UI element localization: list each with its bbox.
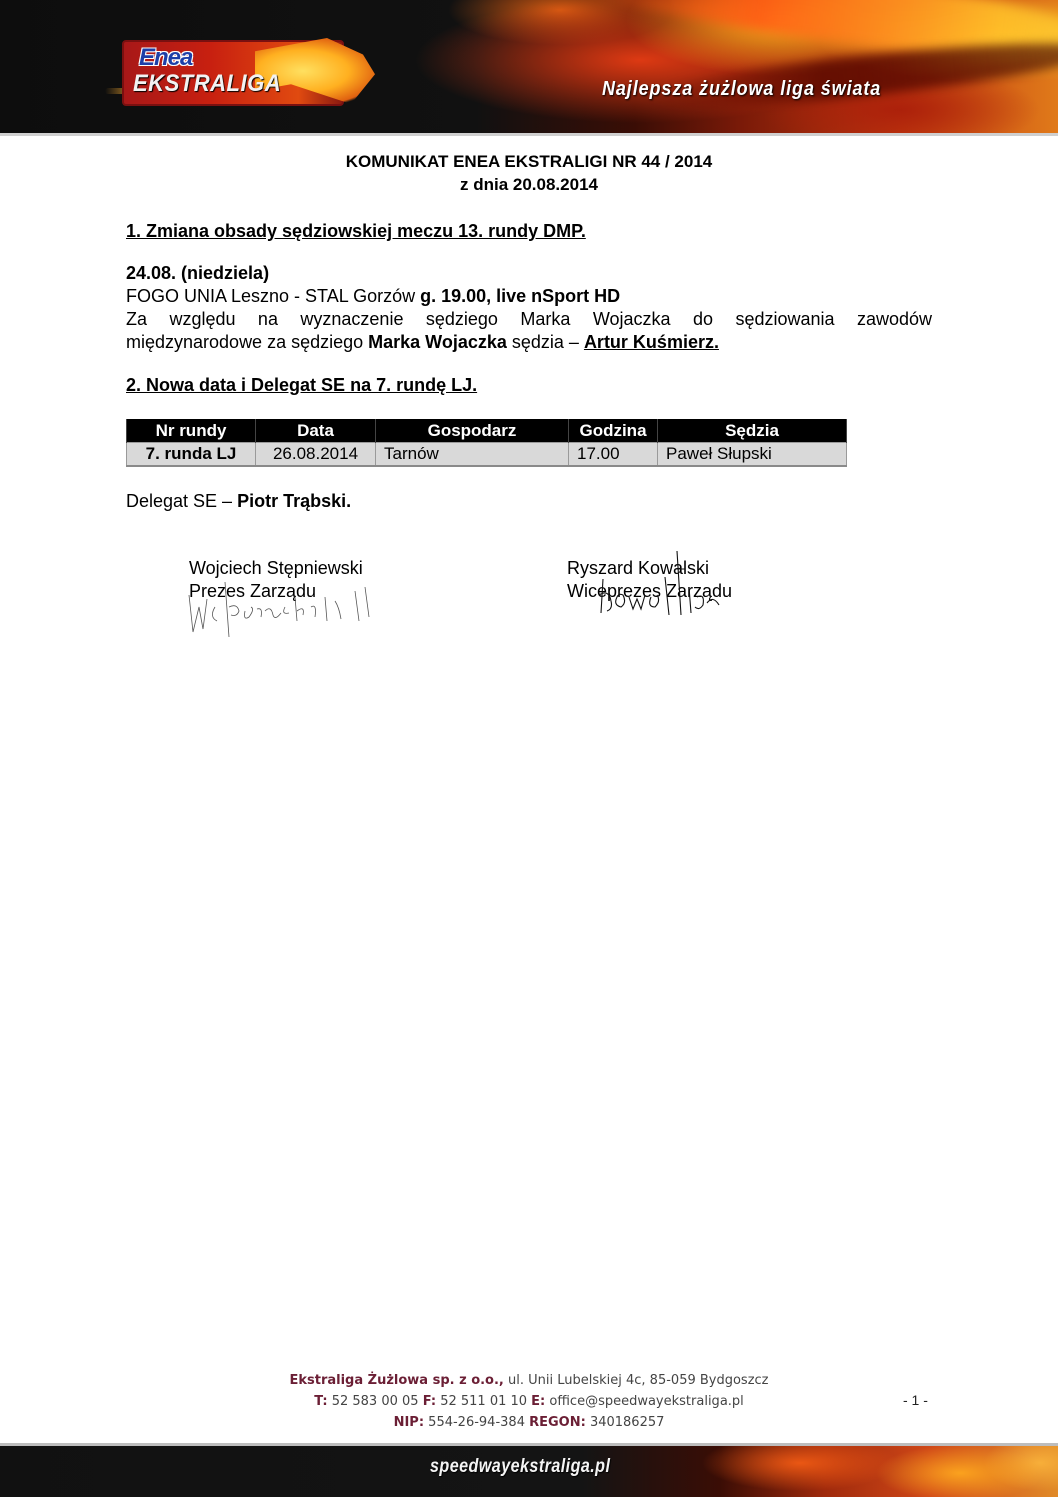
explanation-text: sędzia – [507, 332, 584, 352]
handwritten-signature-icon [595, 549, 735, 619]
column-header-time: Godzina [569, 419, 658, 443]
company-address-line: Ekstraliga Żużlowa sp. z o.o., ul. Unii … [0, 1370, 1058, 1391]
logo-ekstraliga-text: EKSTRALIGA [133, 70, 281, 98]
cell-referee: Paweł Słupski [658, 443, 847, 467]
replaced-referee: Marka Wojaczka [368, 332, 507, 352]
fax-number: 52 511 01 10 [436, 1394, 531, 1409]
footer-banner: speedwayekstraliga.pl [0, 1443, 1058, 1497]
column-header-host: Gospodarz [376, 419, 569, 443]
explanation-text: międzynarodowe za sędziego [126, 332, 368, 352]
match-teams: FOGO UNIA Leszno - STAL Gorzów [126, 286, 420, 306]
explanation-line-1: Za względu na wyznaczenie sędziego Marka… [126, 308, 932, 331]
delegate-line: Delegat SE – Piotr Trąbski. [126, 491, 351, 512]
regon-label: REGON: [529, 1415, 586, 1430]
regon-number: 340186257 [586, 1415, 665, 1430]
page-number: - 1 - [903, 1392, 928, 1408]
phone-label: T: [314, 1394, 327, 1409]
column-header-round: Nr rundy [127, 419, 256, 443]
website-link[interactable]: speedwayekstraliga.pl [430, 1456, 610, 1478]
match-time: g. 19.00, live nSport HD [420, 286, 620, 306]
company-contact-info: Ekstraliga Żużlowa sp. z o.o., ul. Unii … [0, 1370, 1058, 1433]
handwritten-signature-icon [185, 577, 385, 637]
header-banner: Enea EKSTRALIGA Najlepsza żużlowa liga ś… [0, 0, 1058, 136]
delegate-name: Piotr Trąbski. [237, 491, 351, 511]
schedule-table: Nr rundy Data Gospodarz Godzina Sędzia 7… [126, 419, 847, 467]
cell-time: 17.00 [569, 443, 658, 467]
logo-enea-text: Enea [139, 44, 192, 72]
document-title: KOMUNIKAT ENEA EKSTRALIGI NR 44 / 2014 z… [126, 150, 932, 196]
company-address: ul. Unii Lubelskiej 4c, 85-059 Bydgoszcz [504, 1373, 769, 1388]
new-referee: Artur Kuśmierz. [584, 332, 719, 352]
title-line-1: KOMUNIKAT ENEA EKSTRALIGI NR 44 / 2014 [126, 150, 932, 173]
phone-number: 52 583 00 05 [328, 1394, 423, 1409]
enea-ekstraliga-logo: Enea EKSTRALIGA [105, 38, 375, 106]
delegate-label: Delegat SE – [126, 491, 237, 511]
footer-divider [0, 1443, 1058, 1446]
table-row: 7. runda LJ 26.08.2014 Tarnów 17.00 Pawe… [127, 443, 847, 467]
match-date: 24.08. (niedziela) [126, 262, 269, 285]
signature-block-vice-president: Ryszard Kowalski Wiceprezes Zarządu [567, 557, 732, 603]
email-address[interactable]: office@speedwayekstraliga.pl [545, 1394, 744, 1409]
section-1-heading: 1. Zmiana obsady sędziowskiej meczu 13. … [126, 220, 586, 243]
column-header-date: Data [256, 419, 376, 443]
nip-label: NIP: [394, 1415, 424, 1430]
header-divider [0, 133, 1058, 136]
cell-round: 7. runda LJ [127, 443, 256, 467]
document-body: KOMUNIKAT ENEA EKSTRALIGI NR 44 / 2014 z… [126, 150, 932, 196]
fax-label: F: [423, 1394, 436, 1409]
contact-line: T: 52 583 00 05 F: 52 511 01 10 E: offic… [0, 1391, 1058, 1412]
header-slogan: Najlepsza żużlowa liga świata [602, 78, 881, 101]
company-name: Ekstraliga Żużlowa sp. z o.o., [289, 1373, 503, 1388]
registration-line: NIP: 554-26-94-384 REGON: 340186257 [0, 1412, 1058, 1433]
column-header-referee: Sędzia [658, 419, 847, 443]
section-2-heading: 2. Nowa data i Delegat SE na 7. rundę LJ… [126, 374, 477, 397]
table-header-row: Nr rundy Data Gospodarz Godzina Sędzia [127, 419, 847, 443]
nip-number: 554-26-94-384 [424, 1415, 529, 1430]
email-label: E: [531, 1394, 545, 1409]
explanation-line-2: międzynarodowe za sędziego Marka Wojaczk… [126, 331, 719, 354]
cell-host: Tarnów [376, 443, 569, 467]
title-line-2: z dnia 20.08.2014 [126, 173, 932, 196]
cell-date: 26.08.2014 [256, 443, 376, 467]
match-line: FOGO UNIA Leszno - STAL Gorzów g. 19.00,… [126, 285, 620, 308]
signature-block-president: Wojciech Stępniewski Prezes Zarządu [189, 557, 363, 603]
